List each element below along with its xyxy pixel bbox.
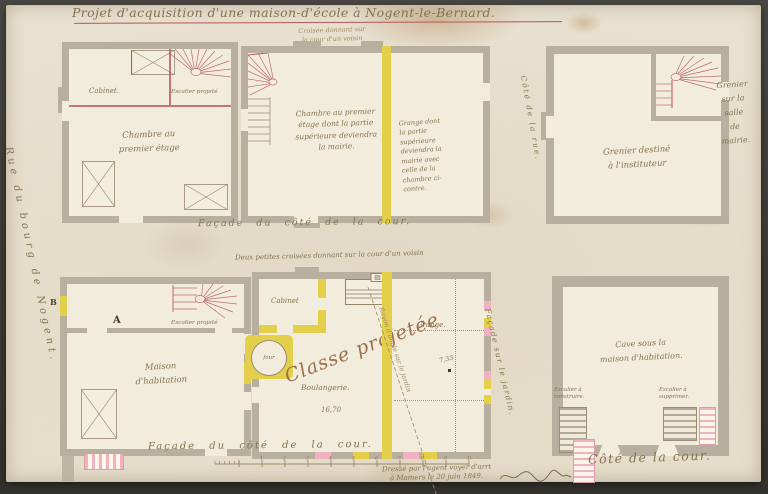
signature-scrawl — [498, 467, 572, 485]
plan-lower-middle: Cabinet four Classe projetée Boulangerie… — [252, 272, 491, 459]
svg-text:3: 3 — [306, 456, 309, 462]
svg-text:4: 4 — [328, 456, 332, 462]
stair-to-remove — [663, 407, 697, 441]
svg-text:10: 10 — [467, 456, 471, 462]
dotted-line — [394, 330, 484, 331]
door-gap — [318, 298, 326, 310]
cabinet-label: Cabinet. — [89, 87, 119, 95]
winder-stair-icon — [248, 53, 282, 99]
stair-label: Escalier projeté — [171, 89, 233, 95]
marker-a: A — [113, 315, 121, 326]
plan-upper-middle: Chambre au premier étage dont la partie … — [241, 46, 490, 223]
dotted-line — [455, 279, 456, 452]
partition-wall — [107, 328, 215, 333]
cabinet-label: Cabinet — [271, 297, 299, 305]
svg-text:6: 6 — [375, 456, 378, 462]
window-gap — [546, 116, 554, 138]
door-gap — [252, 387, 259, 403]
stair-build-label: Escalier à construire. — [554, 387, 616, 401]
svg-text:2: 2 — [282, 456, 286, 462]
projected-wall-yellow — [382, 272, 392, 459]
window-stack — [484, 371, 491, 404]
length-dimension: 16,70 — [321, 406, 341, 414]
svg-text:5: 5 — [352, 456, 355, 462]
grange-label: Grange. — [417, 321, 445, 329]
spiral-stair-icon — [169, 284, 237, 320]
stove-icon — [345, 273, 387, 305]
oven-label: four — [263, 355, 275, 361]
stair-remove-label: Escalier à supprimer. — [659, 387, 721, 401]
grenier-mairie-margin-label: Grenier sur la salle de mairie. — [702, 76, 767, 150]
plan-upper-right: Grenier destiné à l'instituteur — [546, 46, 729, 224]
room-label: Maison d'habitation — [108, 357, 213, 391]
width-dimension: 7,33 — [438, 353, 454, 364]
svg-text:1: 1 — [260, 456, 263, 462]
projected-opening-yellow — [60, 296, 67, 316]
door-gap — [119, 216, 143, 223]
door-gap — [277, 325, 293, 333]
straight-stair-icon — [248, 97, 272, 147]
grange-label: Grange dont la partie supérieure deviend… — [398, 115, 475, 195]
room-label: Grenier destiné à l'instituteur — [575, 141, 698, 176]
dotted-line — [394, 400, 484, 401]
drawing-title: Projet d'acquisition d'une maison-d'écol… — [72, 5, 572, 20]
courtyard-wall-stub — [62, 449, 74, 481]
svg-text:9: 9 — [444, 456, 447, 462]
door-gap — [244, 392, 251, 410]
stair-label: Escalier projeté — [171, 320, 241, 326]
spiral-stair-icon — [169, 49, 231, 87]
plan-upper-left: Cabinet. Escalier projeté Chambre au pre… — [62, 42, 238, 223]
opening-yellow — [484, 380, 491, 389]
red-partition-h — [69, 105, 231, 107]
window-gap — [62, 101, 69, 121]
room-label: Cave sous la maison d'habitation. — [576, 334, 705, 368]
window-cross-icon — [81, 389, 117, 439]
svg-text:7: 7 — [398, 456, 401, 462]
marker-b: B — [50, 297, 57, 307]
chimney-bump — [295, 267, 319, 273]
opening-pink — [484, 371, 491, 380]
window-gap — [483, 83, 490, 101]
plan-lower-right: Cave sous la maison d'habitation. Escali… — [552, 276, 729, 456]
partition-wall — [67, 328, 87, 333]
opening-yellow — [484, 395, 491, 404]
plan-lower-left: B Escalier projeté A Maison d'habitation — [60, 277, 251, 456]
projected-wall-yellow — [382, 46, 391, 223]
stair-pink-column — [699, 407, 716, 445]
room-label: Chambre au premier étage dont la partie … — [280, 105, 392, 154]
archival-plan-photo: { "title": "Projet d'acquisition d'une m… — [0, 0, 768, 494]
reference-dot — [448, 369, 451, 372]
red-partition-v — [169, 49, 171, 105]
chimney-bump — [293, 41, 321, 47]
window-gap — [241, 109, 248, 131]
svg-text:8: 8 — [421, 456, 424, 462]
window-cross-icon — [82, 161, 115, 207]
chimney-bump — [361, 41, 383, 46]
room-label: Chambre au premier étage — [91, 127, 208, 158]
window-cross-icon — [184, 184, 228, 210]
outside-stair-pink — [84, 453, 124, 470]
partition-wall — [232, 328, 244, 333]
bakery-label: Boulangerie. — [301, 383, 350, 392]
